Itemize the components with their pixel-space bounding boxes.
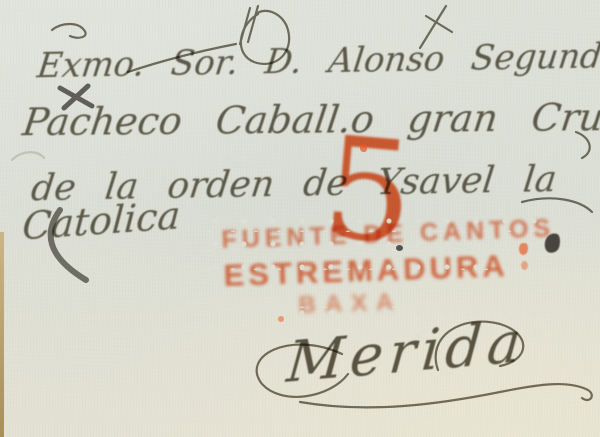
- ink-flourishes: [0, 0, 600, 437]
- red-ink-speck: [278, 316, 284, 322]
- x-cross-over-exmo: [60, 86, 92, 108]
- letter-cover-photo: FUENTE DE CANTOS ESTREMADURA BAXA 5 Exmo…: [0, 0, 600, 437]
- flourish-d-loop: [240, 6, 289, 64]
- flourish-cross-tall: [420, 6, 452, 48]
- merida-left-oval: [257, 345, 348, 397]
- flourish-cruz-tail: [576, 132, 590, 158]
- flourish-catolica-tail: [51, 210, 86, 280]
- flourish-superscript-exmo: [52, 24, 86, 38]
- red-ink-speck: [360, 144, 367, 152]
- showthrough-arc: [12, 152, 44, 160]
- ink-dot: [396, 245, 403, 251]
- merida-top-loop: [436, 322, 524, 370]
- flourish-la-tail: [522, 198, 592, 212]
- merida-underline: [300, 384, 592, 407]
- red-ink-speck: [521, 261, 528, 270]
- flourish-sor-dash: [128, 44, 236, 72]
